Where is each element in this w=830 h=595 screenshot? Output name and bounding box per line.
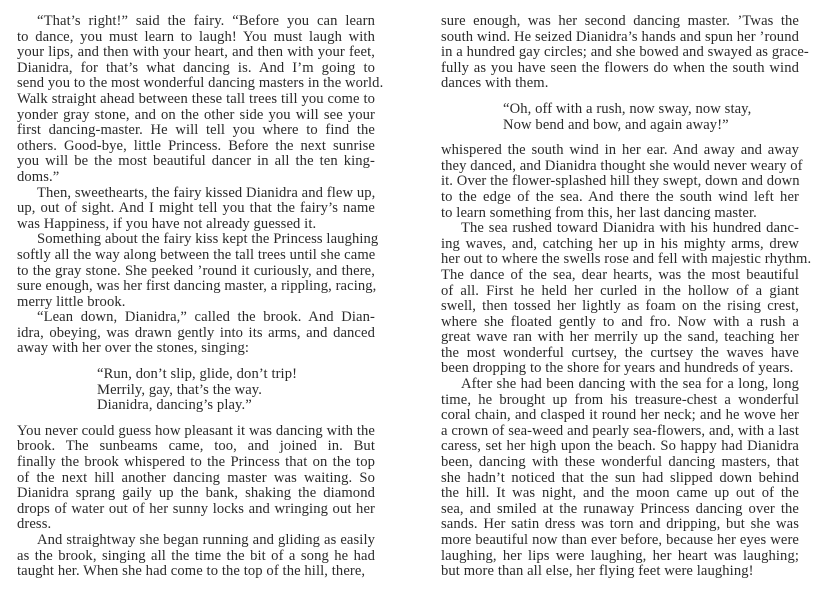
text-line: as the brook, singing all the time the b… <box>17 549 375 565</box>
verse-line: Dianidra, dancing’s play.” <box>97 398 375 414</box>
book-spread: “That’s right!” said the fairy. “Before … <box>0 0 830 595</box>
text-line: sure enough, was her second dancing mast… <box>441 14 799 30</box>
text-line: And straightway she began running and gl… <box>17 533 375 549</box>
text-line: yonder gray stone, and on the other side… <box>17 108 375 124</box>
paragraph: After she had been dancing with the sea … <box>441 377 799 580</box>
text-line: was Happiness, if you have not already g… <box>17 217 375 233</box>
text-line: “That’s right!” said the fairy. “Before … <box>17 14 375 30</box>
text-line: After she had been dancing with the sea … <box>441 377 799 393</box>
verse-block: “Oh, off with a rush, now sway, now stay… <box>503 102 799 133</box>
text-line: dances with them. <box>441 76 799 92</box>
text-line: fully as you have seen the flowers do wh… <box>441 61 799 77</box>
text-line: great wave ran with her merrily up the s… <box>441 330 799 346</box>
text-line: but more than all else, her flying feet … <box>441 564 799 580</box>
paragraph: Then, sweethearts, the fairy kissed Dian… <box>17 186 375 233</box>
paragraph: sure enough, was her second dancing mast… <box>441 14 799 92</box>
text-line: send you to the most wonderful dancing m… <box>17 76 375 92</box>
text-line: caress, set her high upon the beach. So … <box>441 439 799 455</box>
text-line: the hill. It was night, and the moon cam… <box>441 486 799 502</box>
text-line: taught her. When she had come to the top… <box>17 564 375 580</box>
text-line: where she floated gently to and fro. Now… <box>441 315 799 331</box>
text-line: brook. The sunbeams came, too, and joine… <box>17 439 375 455</box>
verse-line: Merrily, gay, that’s the way. <box>97 383 375 399</box>
text-line: laughing, her lips were laughing, her he… <box>441 549 799 565</box>
paragraph: “That’s right!” said the fairy. “Before … <box>17 14 375 186</box>
text-line: up, out of sight. And I might tell you t… <box>17 201 375 217</box>
paragraph: And straightway she began running and gl… <box>17 533 375 580</box>
text-line: idra, obeying, was drawn gently into its… <box>17 326 375 342</box>
text-line: Something about the fairy kiss kept the … <box>17 232 375 248</box>
text-line: drops of water out of her sunny locks an… <box>17 502 375 518</box>
text-line: it. Over the flower-splashed hill they s… <box>441 174 799 190</box>
text-line: first dancing-master. He will tell you w… <box>17 123 375 139</box>
text-line: time, he brought up from his treasure-ch… <box>441 393 799 409</box>
text-line: finally the brook whispered to the Princ… <box>17 455 375 471</box>
text-line: “Lean down, Dianidra,” called the brook.… <box>17 310 375 326</box>
text-line: softly all the way along between the tal… <box>17 248 375 264</box>
text-line: sands. Her satin dress was torn and drip… <box>441 517 799 533</box>
text-line: away with her over the stones, singing: <box>17 341 375 357</box>
text-line: of the next hill another dancing master … <box>17 471 375 487</box>
text-line: to the gray stone. She peeked ’round it … <box>17 264 375 280</box>
verse-block: “Run, don’t slip, glide, don’t trip!Merr… <box>97 367 375 414</box>
text-line: ing waves, and, catching her up in his m… <box>441 237 799 253</box>
paragraph: Something about the fairy kiss kept the … <box>17 232 375 310</box>
paragraph: You never could guess how pleasant it wa… <box>17 424 375 533</box>
text-line: sure enough, was her first dancing maste… <box>17 279 375 295</box>
text-line: The dance of the sea, dear hearts, was t… <box>441 268 799 284</box>
text-line: others. Good-bye, little Princess. Befor… <box>17 139 375 155</box>
text-line: whispered the south wind in her ear. And… <box>441 143 799 159</box>
text-line: she hadn’t noticed that the sun had slip… <box>441 471 799 487</box>
verse-line: “Run, don’t slip, glide, don’t trip! <box>97 367 375 383</box>
text-line: Walk straight ahead between these tall t… <box>17 92 375 108</box>
text-line: sea, and smiled at the runaway Princess … <box>441 502 799 518</box>
left-page: “That’s right!” said the fairy. “Before … <box>17 14 375 580</box>
right-page: sure enough, was her second dancing mast… <box>441 14 799 580</box>
text-line: doms.” <box>17 170 375 186</box>
text-line: her out to where the swells rose and fel… <box>441 252 799 268</box>
text-line: south wind. He seized Dianidra’s hands a… <box>441 30 799 46</box>
text-line: been, dancing with these wonderful danci… <box>441 455 799 471</box>
text-line: The sea rushed toward Dianidra with his … <box>441 221 799 237</box>
text-line: been dropping to the shore for years and… <box>441 361 799 377</box>
text-line: to learn something from this, her last d… <box>441 206 799 222</box>
verse-line: “Oh, off with a rush, now sway, now stay… <box>503 102 799 118</box>
text-line: dress. <box>17 517 375 533</box>
text-line: Dianidra sprang gaily up the bank, shaki… <box>17 486 375 502</box>
text-line: to dance, you must learn to laugh! You m… <box>17 30 375 46</box>
text-line: they danced, and Dianidra thought she wo… <box>441 159 799 175</box>
text-line: more beautiful now than ever before, bec… <box>441 533 799 549</box>
text-line: merry little brook. <box>17 295 375 311</box>
text-line: Then, sweethearts, the fairy kissed Dian… <box>17 186 375 202</box>
text-line: your lips, and then with your heart, and… <box>17 45 375 61</box>
text-line: you will be the most beautiful dancer in… <box>17 154 375 170</box>
paragraph: whispered the south wind in her ear. And… <box>441 143 799 221</box>
text-line: in a hundred gay circles; and she bowed … <box>441 45 799 61</box>
text-line: Dianidra, for that’s what dancing is. An… <box>17 61 375 77</box>
text-line: a crown of sea-weed and pearly sea-flowe… <box>441 424 799 440</box>
verse-line: Now bend and bow, and again away!” <box>503 118 799 134</box>
text-line: the most wonderful curtsey, the curtsey … <box>441 346 799 362</box>
text-line: You never could guess how pleasant it wa… <box>17 424 375 440</box>
text-line: swell, then tossed her lightly as foam o… <box>441 299 799 315</box>
text-line: to the edge of the sea. And there the so… <box>441 190 799 206</box>
text-line: of all. First he held her curled in the … <box>441 284 799 300</box>
paragraph: The sea rushed toward Dianidra with his … <box>441 221 799 377</box>
paragraph: “Lean down, Dianidra,” called the brook.… <box>17 310 375 357</box>
text-line: coral chain, and clasped it round her ne… <box>441 408 799 424</box>
